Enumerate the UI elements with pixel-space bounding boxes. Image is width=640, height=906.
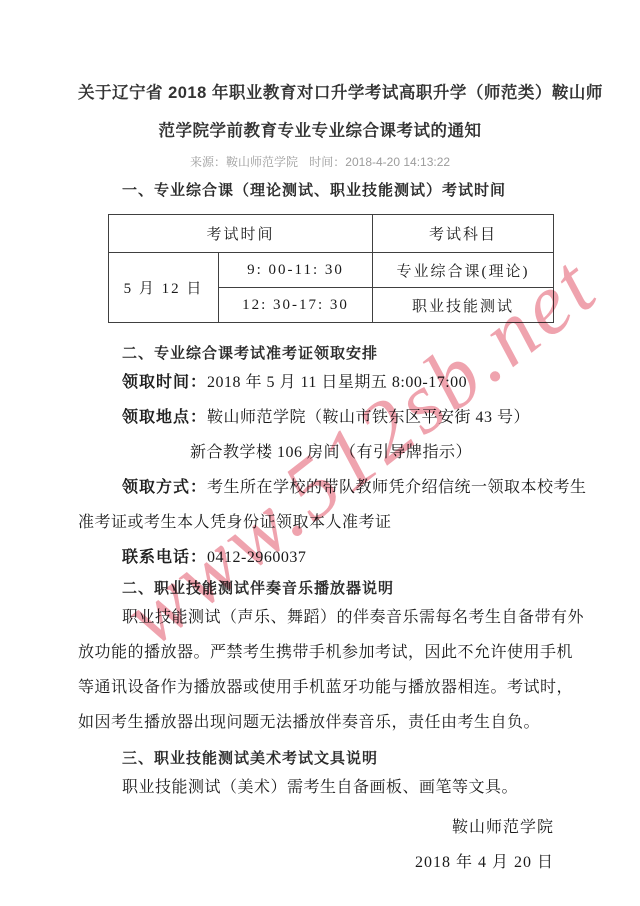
- pickup-method-text-1: 考生所在学校的带队教师凭介绍信统一领取本校考生: [207, 479, 587, 496]
- contact-phone-number: 0412-2960037: [207, 549, 306, 566]
- header-exam-subject: 考试科目: [373, 215, 554, 253]
- music-paragraph-line-1: 职业技能测试（声乐、舞蹈）的伴奏音乐需每名考生自备带有外: [78, 600, 562, 635]
- pickup-method-line-2: 准考证或考生本人凭身份证领取本人准考证: [78, 505, 562, 540]
- pickup-time-value: 2018 年 5 月 11 日星期五 8:00-17:00: [207, 374, 467, 391]
- pickup-method-line-1: 领取方式：考生所在学校的带队教师凭介绍信统一领取本校考生: [78, 470, 562, 505]
- header-exam-time: 考试时间: [109, 215, 373, 253]
- section1-heading: 一、专业综合课（理论测试、职业技能测试）考试时间: [78, 180, 562, 202]
- cell-time-slot: 9: 00-11: 30: [219, 253, 373, 288]
- section2-heading: 二、专业综合课考试准考证领取安排: [78, 343, 562, 365]
- music-paragraph-line-4: 如因考生播放器出现问题无法播放伴奏音乐，责任由考生自负。: [78, 705, 562, 740]
- publish-time-label: 时间：2018-4-20 14:13:22: [309, 155, 450, 169]
- pickup-time-line: 领取时间：2018 年 5 月 11 日星期五 8:00-17:00: [78, 365, 562, 400]
- signature-org: 鞍山师范学院: [78, 810, 562, 845]
- page-title-line-2: 范学院学前教育专业专业综合课考试的通知: [78, 112, 562, 150]
- source-line: 来源：鞍山师范学院 时间：2018-4-20 14:13:22: [78, 152, 562, 172]
- exam-schedule-table: 考试时间 考试科目 5 月 12 日 9: 00-11: 30 专业综合课(理论…: [108, 214, 554, 323]
- pickup-time-label: 领取时间：: [122, 374, 207, 391]
- cell-time-slot: 12: 30-17: 30: [219, 288, 373, 323]
- table-row: 5 月 12 日 9: 00-11: 30 专业综合课(理论): [109, 253, 554, 288]
- signature-date: 2018 年 4 月 20 日: [78, 845, 562, 880]
- source-label: 来源：鞍山师范学院: [190, 155, 298, 169]
- art-paragraph-line: 职业技能测试（美术）需考生自备画板、画笔等文具。: [78, 770, 562, 805]
- signature-block: 鞍山师范学院 2018 年 4 月 20 日: [78, 810, 562, 880]
- contact-phone-line: 联系电话：0412-2960037: [78, 540, 562, 575]
- page-title-line-1: 关于辽宁省 2018 年职业教育对口升学考试高职升学（师范类）鞍山师: [78, 74, 562, 112]
- pickup-place-value: 鞍山师范学院（鞍山市铁东区平安街 43 号）: [207, 409, 530, 426]
- music-paragraph-line-2: 放功能的播放器。严禁考生携带手机参加考试，因此不允许使用手机: [78, 635, 562, 670]
- document-content: 关于辽宁省 2018 年职业教育对口升学考试高职升学（师范类）鞍山师 范学院学前…: [0, 0, 640, 880]
- document-page: www.512sb.net 关于辽宁省 2018 年职业教育对口升学考试高职升学…: [0, 0, 640, 906]
- section4-heading: 三、职业技能测试美术考试文具说明: [78, 748, 562, 770]
- pickup-place-label: 领取地点：: [122, 409, 207, 426]
- pickup-place-line: 领取地点：鞍山师范学院（鞍山市铁东区平安街 43 号）: [78, 400, 562, 435]
- music-paragraph-line-3: 等通讯设备作为播放器或使用手机蓝牙功能与播放器相连。考试时，: [78, 670, 562, 705]
- pickup-method-label: 领取方式：: [122, 479, 207, 496]
- table-header-row: 考试时间 考试科目: [109, 215, 554, 253]
- contact-phone-label: 联系电话：: [122, 549, 207, 566]
- cell-exam-date: 5 月 12 日: [109, 253, 219, 323]
- pickup-place-line-2: 新合教学楼 106 房间（有引导牌指示）: [78, 435, 562, 470]
- section3-heading: 二、职业技能测试伴奏音乐播放器说明: [78, 578, 562, 600]
- cell-subject: 职业技能测试: [373, 288, 554, 323]
- cell-subject: 专业综合课(理论): [373, 253, 554, 288]
